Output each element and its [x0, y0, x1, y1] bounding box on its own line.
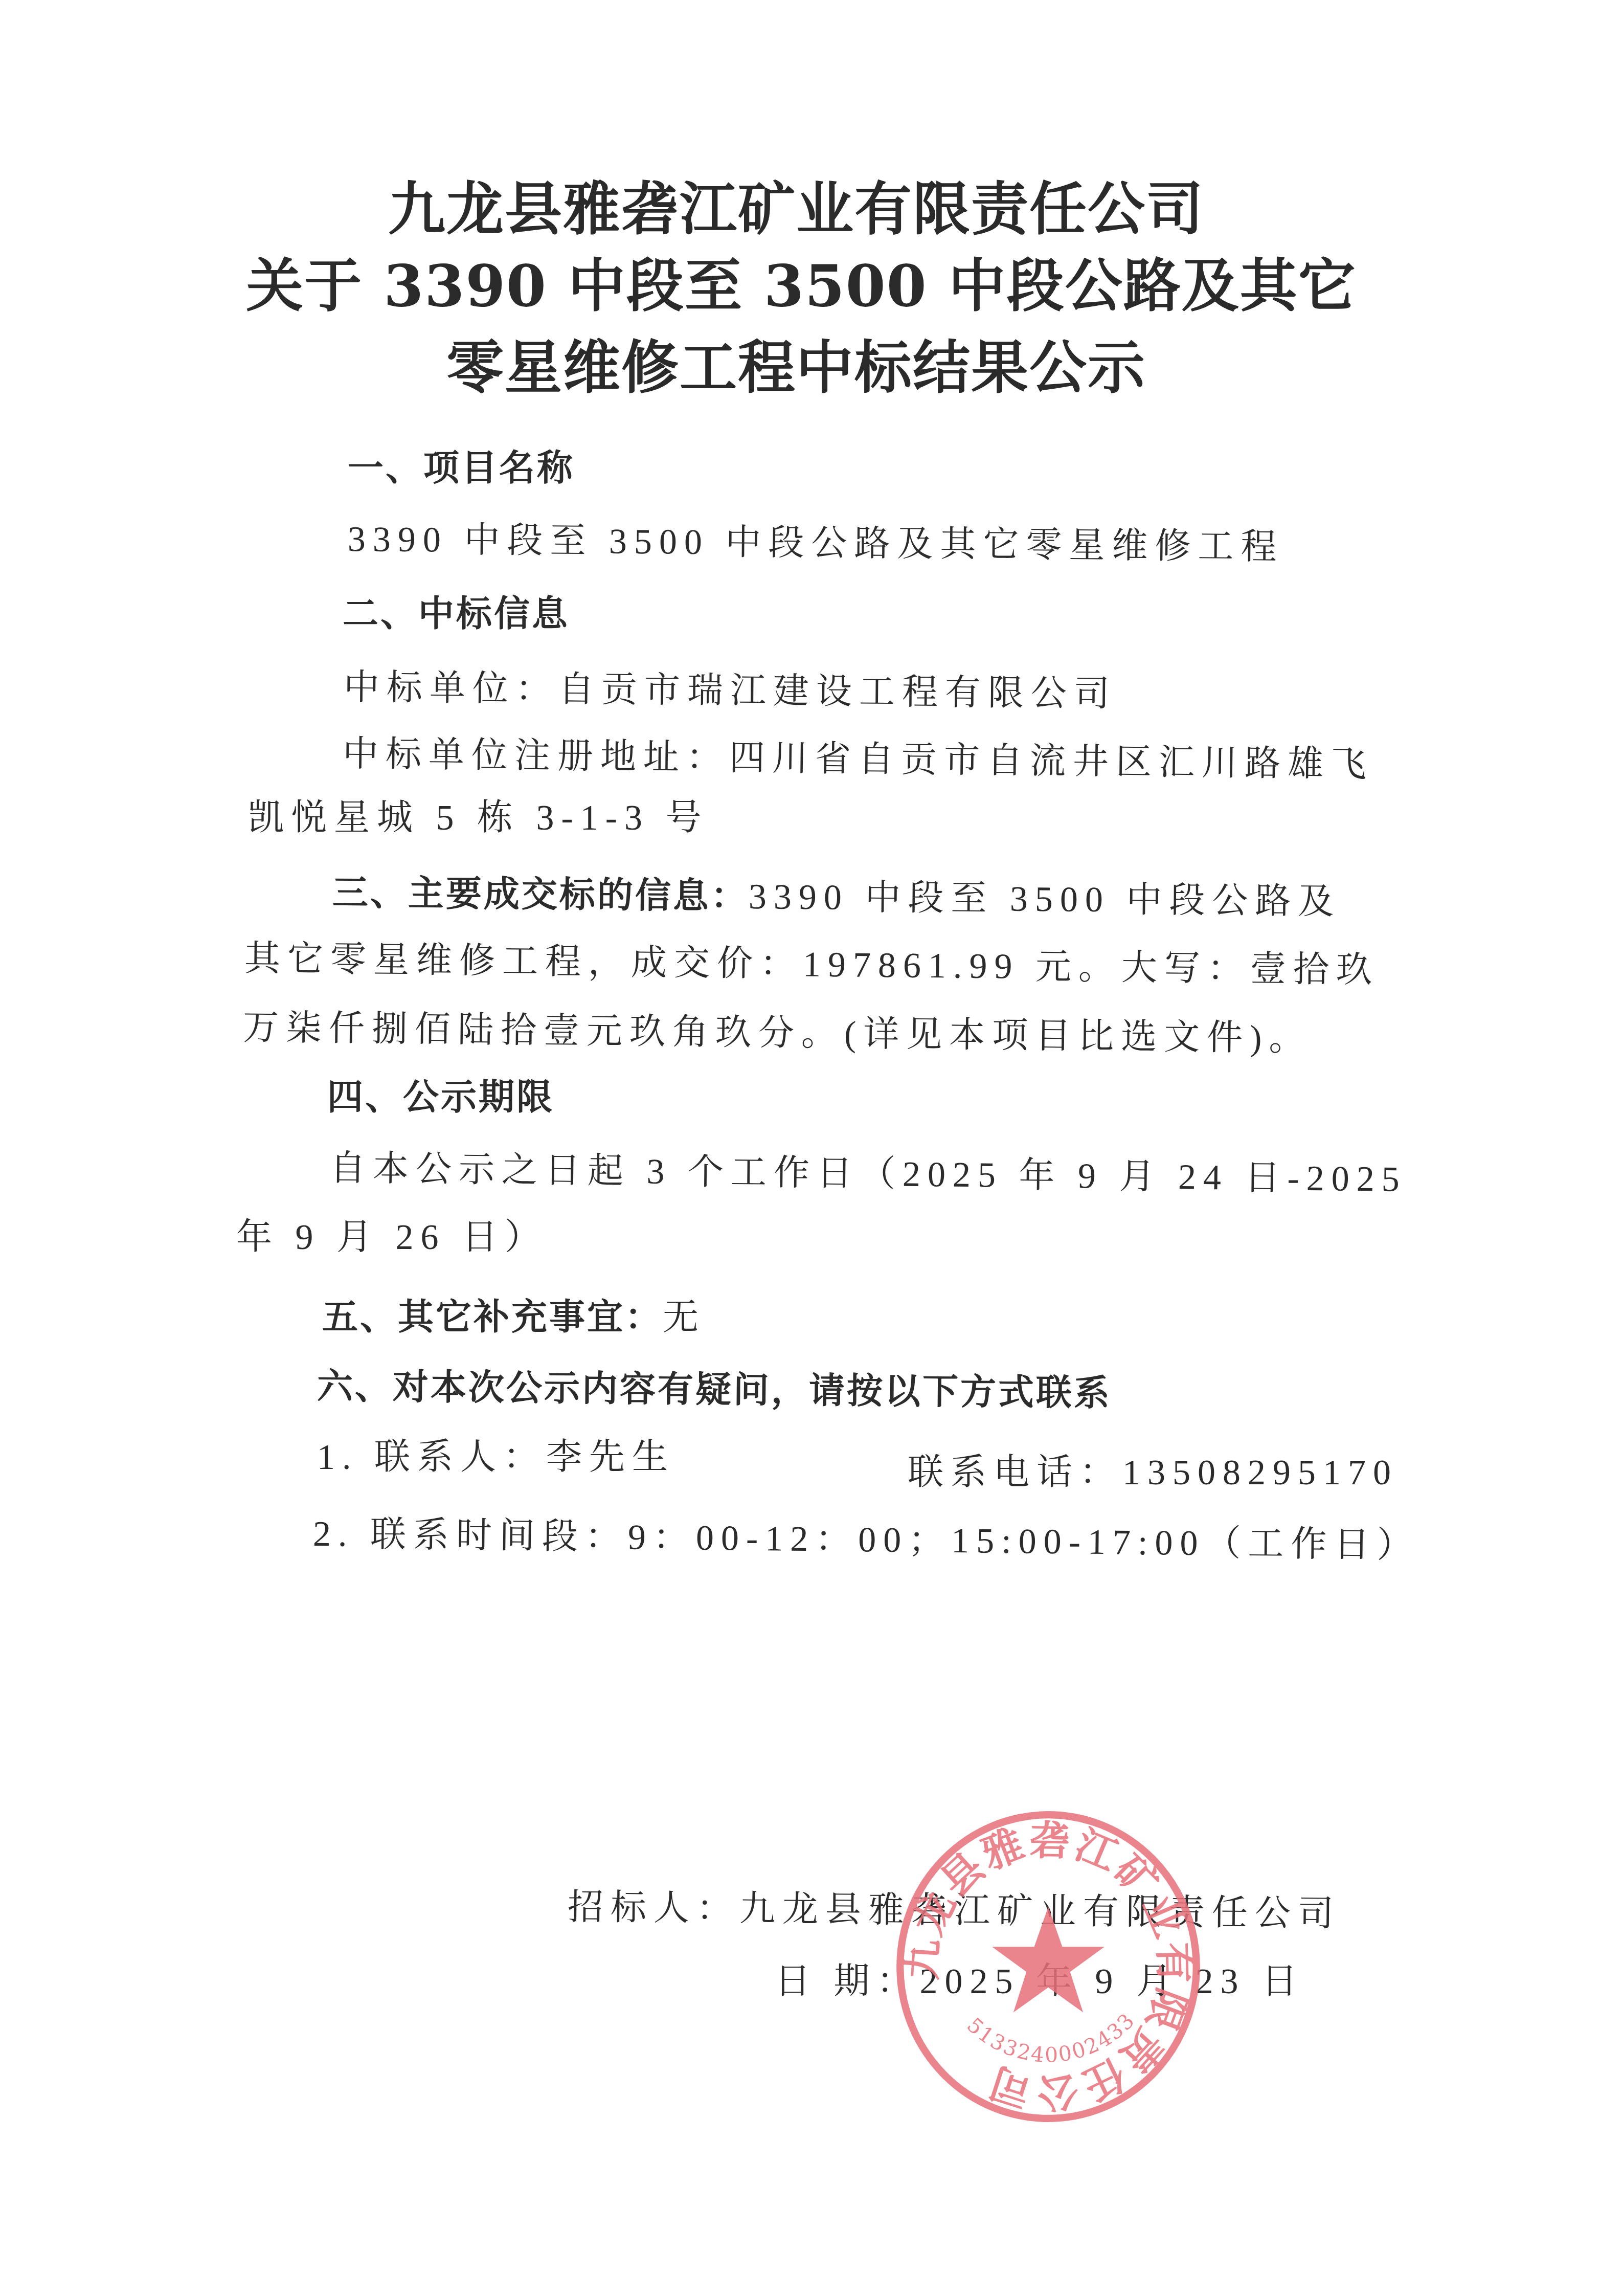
section-contact-heading: 六、对本次公示内容有疑问，请按以下方式联系 — [317, 1363, 1112, 1416]
section-project-name-heading: 一、项目名称 — [348, 445, 575, 491]
date-line: 日 期：2025 年 9 月 23 日 — [775, 1959, 1304, 2005]
svg-text:5133240002433: 5133240002433 — [962, 2008, 1140, 2067]
title-line-1: 九龙县雅砻江矿业有限责任公司 — [0, 176, 1608, 243]
contact-hours: 2. 联系时间段：9：00-12：00；15:00-17:00（工作日） — [313, 1511, 1420, 1569]
contact-person: 1. 联系人：李先生 — [317, 1435, 675, 1481]
project-name-text: 3390 中段至 3500 中段公路及其它零星维修工程 — [348, 517, 1284, 571]
section-other-matters-heading: 五、其它补充事宜： — [322, 1296, 663, 1338]
issuer-line: 招标人：九龙县雅砻江矿业有限责任公司 — [568, 1885, 1341, 1937]
document-page: 九龙县雅砻江矿业有限责任公司 关于 3390 中段至 3500 中段公路及其它 … — [0, 0, 1623, 2296]
publicity-period-line-1: 自本公示之日起 3 个工作日（2025 年 9 月 24 日-2025 — [330, 1146, 1407, 1203]
main-deal-line-3: 万柒仟捌佰陆拾壹元玖角玖分。(详见本项目比选文件)。 — [243, 1005, 1312, 1062]
winner-address-line-2: 凯悦星城 5 栋 3-1-3 号 — [248, 795, 709, 841]
main-deal-line-2: 其它零星维修工程，成交价：197861.99 元。大写：壹拾玖 — [244, 936, 1380, 994]
section-winning-bid-heading: 二、中标信息 — [343, 591, 570, 637]
winner-address-line-1: 中标单位注册地址：四川省自贡市自流井区汇川路雄飞 — [343, 731, 1374, 788]
main-deal-line-1: 三、主要成交标的信息：3390 中段至 3500 中段公路及 — [332, 870, 1341, 925]
publicity-period-line-2: 年 9 月 26 日） — [236, 1215, 548, 1261]
title-line-2: 关于 3390 中段至 3500 中段公路及其它 — [0, 253, 1613, 320]
other-matters-value: 无 — [663, 1298, 706, 1338]
contact-phone: 联系电话：13508295170 — [908, 1450, 1398, 1496]
main-deal-line-1-text: 3390 中段至 3500 中段公路及 — [749, 877, 1341, 922]
title-line-3: 零星维修工程中标结果公示 — [0, 335, 1608, 402]
section-publicity-period-heading: 四、公示期限 — [327, 1074, 554, 1120]
winning-unit-line: 中标单位：自贡市瑞江建设工程有限公司 — [344, 665, 1117, 718]
section-main-deal-heading: 三、主要成交标的信息： — [332, 872, 749, 917]
other-matters-line: 五、其它补充事宜：无 — [322, 1294, 706, 1341]
